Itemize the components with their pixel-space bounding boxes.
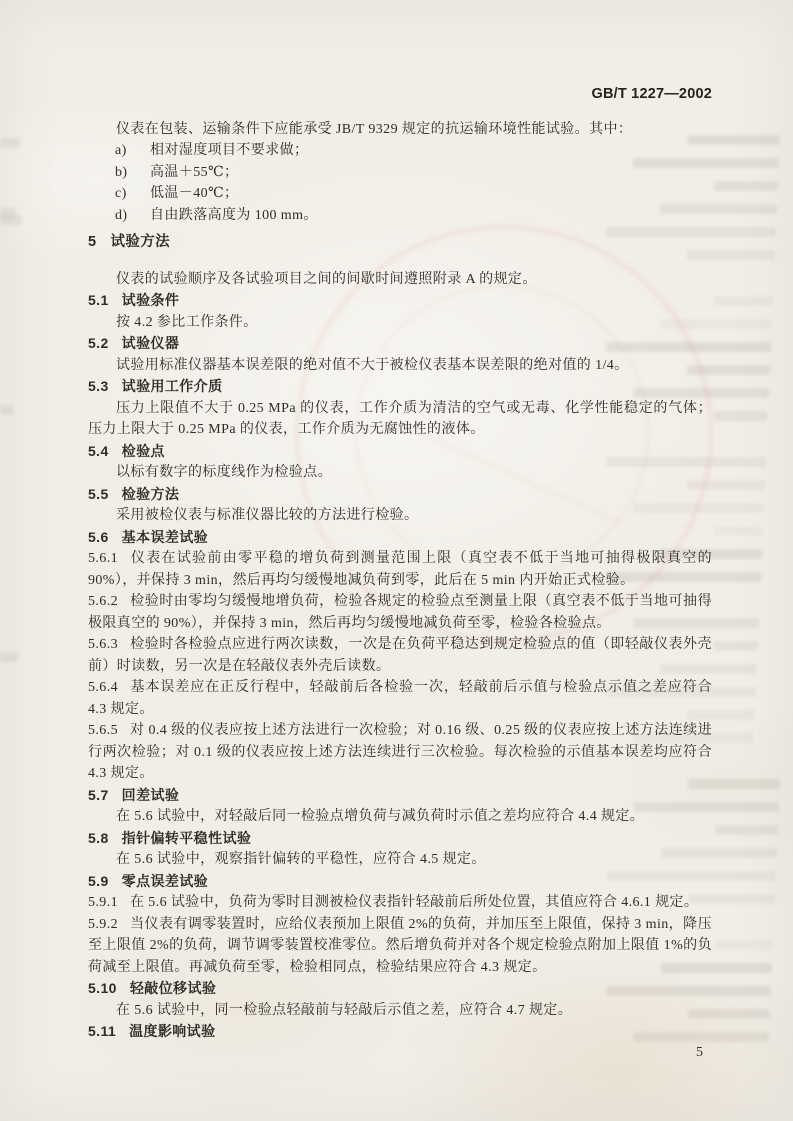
paragraph: 在 5.6 试验中，同一检验点轻敲前与轻敲后示值之差，应符合 4.7 规定。 [88,1000,712,1022]
section-heading-5-2: 5.2试验仪器 [88,333,712,355]
transport-item-a: a)相对湿度项目不要求做； [88,140,712,162]
section-heading-5-3: 5.3试验用工作介质 [88,376,712,398]
transport-item-d: d)自由跌落高度为 100 mm。 [88,205,712,227]
section-number: 5.5 [88,486,109,502]
clause-5-9-2: 5.9.2当仪表有调零装置时，应给仪表预加上限值 2%的负荷，并加压至上限值，保… [88,914,712,979]
clause-5-9-1: 5.9.1在 5.6 试验中，负荷为零时目测被检仪表指针轻敲前后所处位置，其值应… [88,892,712,914]
section-heading-5-8: 5.8指针偏转平稳性试验 [88,828,712,850]
section-title: 温度影响试验 [129,1023,215,1039]
clause-text: 检验时由零均匀缓慢地增负荷，检验各规定的检验点至测量上限（真空表不低于当地可抽得… [88,594,712,631]
clause-text: 对 0.4 级的仪表应按上述方法进行一次检验；对 0.16 级、0.25 级的仪… [88,723,712,781]
clause-number: 5.6.4 [88,680,118,695]
item-label: c) [115,183,150,205]
paragraph: 在 5.6 试验中，观察指针偏转的平稳性，应符合 4.5 规定。 [88,849,712,871]
item-label: d) [115,205,150,227]
section-number: 5.6 [88,529,109,545]
item-text: 相对湿度项目不要求做； [150,143,308,158]
section-heading-5-4: 5.4检验点 [88,441,712,463]
chapter-heading: 5试验方法 [88,232,712,254]
item-text: 低温－40℃； [150,186,238,201]
clause-5-6-1: 5.6.1仪表在试验前由零平稳的增负荷到测量范围上限（真空表不低于当地可抽得极限… [88,548,712,591]
section-number: 5.7 [88,787,109,803]
clause-5-6-3: 5.6.3检验时各检验点应进行两次读数，一次是在负荷平稳达到规定检验点的值（即轻… [88,634,712,677]
paragraph: 在 5.6 试验中，对轻敲后同一检验点增负荷与减负荷时示值之差均应符合 4.4 … [88,806,712,828]
section-number: 5.11 [88,1023,116,1039]
section-title: 试验用工作介质 [122,378,223,394]
paragraph: 按 4.2 参比工作条件。 [88,312,712,334]
section-number: 5.9 [88,873,109,889]
section-heading-5-11: 5.11温度影响试验 [88,1021,712,1043]
section-number: 5.10 [88,980,117,996]
section-number: 5.3 [88,378,109,394]
clause-number: 5.9.2 [88,917,118,932]
paragraph: 以标有数字的标度线作为检验点。 [88,462,712,484]
section-heading-5-7: 5.7回差试验 [88,785,712,807]
section-title: 检验方法 [122,486,180,502]
clause-5-6-4: 5.6.4基本误差应在正反行程中，轻敲前后各检验一次，轻敲前后示值与检验点示值之… [88,677,712,720]
item-label: b) [115,162,150,184]
section-number: 5.1 [88,292,109,308]
section-heading-5-5: 5.5检验方法 [88,484,712,506]
clause-number: 5.6.5 [88,723,118,738]
page-number: 5 [696,1045,703,1061]
item-text: 高温＋55℃； [150,165,238,180]
section-title: 零点误差试验 [122,873,208,889]
section-title: 指针偏转平稳性试验 [122,830,252,846]
section-number: 5.4 [88,443,109,459]
section-title: 轻敲位移试验 [130,980,216,996]
section-title: 基本误差试验 [122,529,208,545]
doc-number: GB/T 1227—2002 [88,84,712,106]
section-heading-5-1: 5.1试验条件 [88,290,712,312]
clause-number: 5.6.3 [88,637,118,652]
section-title: 试验条件 [122,292,180,308]
chapter-number: 5 [88,234,96,250]
chapter-title: 试验方法 [110,234,170,250]
clause-number: 5.6.1 [88,551,118,566]
transport-intro-paragraph: 仪表在包装、运输条件下应能承受 JB/T 9329 规定的抗运输环境性能试验。其… [88,119,712,141]
section-heading-5-10: 5.10轻敲位移试验 [88,978,712,1000]
section-heading-5-9: 5.9零点误差试验 [88,871,712,893]
section-heading-5-6: 5.6基本误差试验 [88,527,712,549]
paragraph: 试验用标准仪器基本误差限的绝对值不大于被检仪表基本误差限的绝对值的 1/4。 [88,355,712,377]
clause-text: 基本误差应在正反行程中，轻敲前后各检验一次，轻敲前后示值与检验点示值之差应符合 … [88,680,712,717]
clause-text: 检验时各检验点应进行两次读数，一次是在负荷平稳达到规定检验点的值（即轻敲仪表外壳… [88,637,712,674]
paragraph: 采用被检仪表与标准仪器比较的方法进行检验。 [88,505,712,527]
transport-item-c: c)低温－40℃； [88,183,712,205]
page-content: GB/T 1227—2002 仪表在包装、运输条件下应能承受 JB/T 9329… [88,84,712,1043]
clause-text: 仪表在试验前由零平稳的增负荷到测量范围上限（真空表不低于当地可抽得极限真空的90… [88,551,712,588]
item-text: 自由跌落高度为 100 mm。 [150,208,318,223]
section-title: 回差试验 [122,787,180,803]
clause-text: 在 5.6 试验中，负荷为零时目测被检仪表指针轻敲前后所处位置，其值应符合 4.… [130,895,698,910]
section-number: 5.2 [88,335,109,351]
paragraph: 压力上限值不大于 0.25 MPa 的仪表，工作介质为清洁的空气或无毒、化学性能… [88,398,712,441]
section-title: 试验仪器 [122,335,180,351]
clause-number: 5.6.2 [88,594,118,609]
clause-5-6-2: 5.6.2检验时由零均匀缓慢地增负荷，检验各规定的检验点至测量上限（真空表不低于… [88,591,712,634]
clause-5-6-5: 5.6.5对 0.4 级的仪表应按上述方法进行一次检验；对 0.16 级、0.2… [88,720,712,785]
section-title: 检验点 [122,443,165,459]
item-label: a) [115,140,150,162]
clause-text: 当仪表有调零装置时，应给仪表预加上限值 2%的负荷，并加压至上限值，保持 3 m… [88,917,712,975]
scanned-document-page: GB/T 1227—2002 仪表在包装、运输条件下应能承受 JB/T 9329… [0,0,793,1121]
clause-number: 5.9.1 [88,895,118,910]
section-number: 5.8 [88,830,109,846]
transport-item-b: b)高温＋55℃； [88,162,712,184]
chapter-intro-paragraph: 仪表的试验顺序及各试验项目之间的间歇时间遵照附录 A 的规定。 [88,269,712,291]
